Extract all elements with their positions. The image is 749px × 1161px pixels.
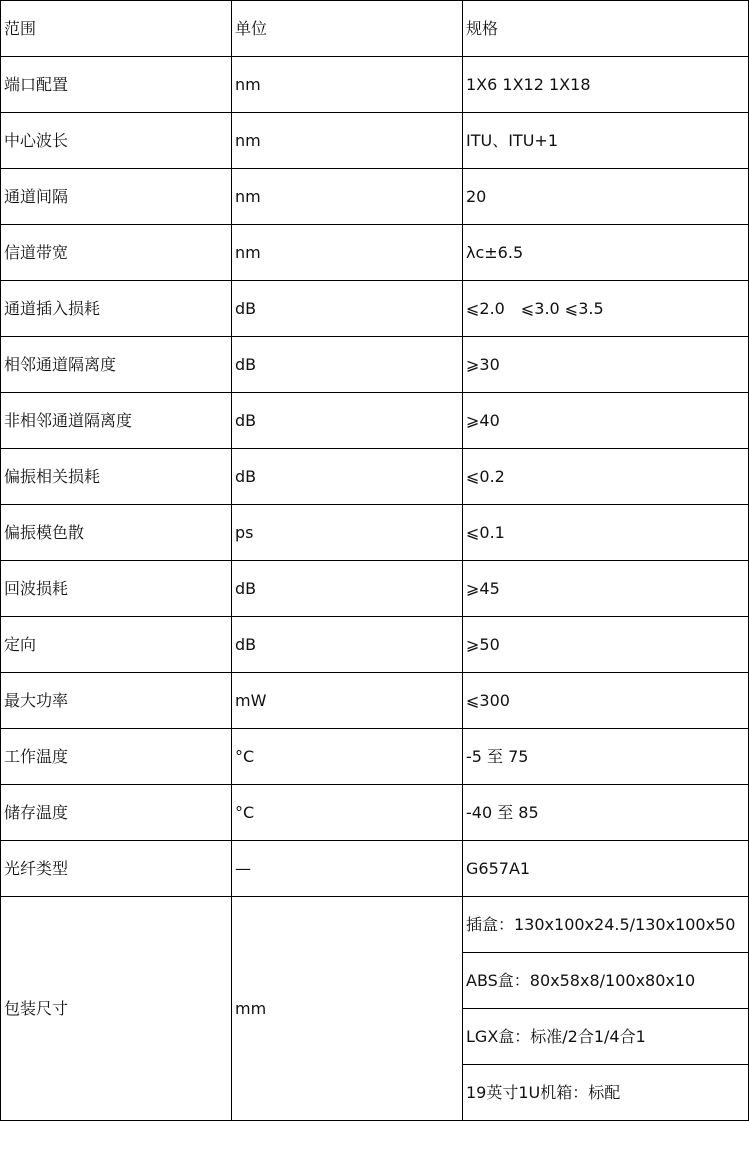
param-cell: 通道插入损耗 — [1, 281, 232, 337]
table-row: 通道插入损耗 dB ⩽2.0 ⩽3.0 ⩽3.5 — [1, 281, 749, 337]
param-cell: 信道带宽 — [1, 225, 232, 281]
table-row: 通道间隔 nm 20 — [1, 169, 749, 225]
unit-cell: dB — [232, 617, 463, 673]
param-cell: 通道间隔 — [1, 169, 232, 225]
param-cell: 储存温度 — [1, 785, 232, 841]
spec-cell: 20 — [463, 169, 749, 225]
spec-cell: -40 至 85 — [463, 785, 749, 841]
param-cell: 定向 — [1, 617, 232, 673]
unit-cell: dB — [232, 561, 463, 617]
unit-cell: nm — [232, 169, 463, 225]
param-cell: 光纤类型 — [1, 841, 232, 897]
packaging-row: 包装尺寸 mm 插盒：130x100x24.5/130x100x50 — [1, 897, 749, 953]
table-row: 储存温度 °C -40 至 85 — [1, 785, 749, 841]
unit-cell: ps — [232, 505, 463, 561]
unit-cell: dB — [232, 281, 463, 337]
param-cell: 端口配置 — [1, 57, 232, 113]
table-row: 偏振模色散 ps ⩽0.1 — [1, 505, 749, 561]
table-row: 工作温度 °C -5 至 75 — [1, 729, 749, 785]
param-cell: 非相邻通道隔离度 — [1, 393, 232, 449]
unit-cell: °C — [232, 729, 463, 785]
spec-cell: ⩽2.0 ⩽3.0 ⩽3.5 — [463, 281, 749, 337]
packaging-spec-abs-box: ABS盒：80x58x8/100x80x10 — [463, 953, 749, 1009]
spec-cell: ⩾40 — [463, 393, 749, 449]
unit-cell: nm — [232, 113, 463, 169]
table-row: 端口配置 nm 1X6 1X12 1X18 — [1, 57, 749, 113]
packaging-param-cell: 包装尺寸 — [1, 897, 232, 1121]
table-row: 回波损耗 dB ⩾45 — [1, 561, 749, 617]
table-row: 中心波长 nm ITU、ITU+1 — [1, 113, 749, 169]
spec-cell: ⩾45 — [463, 561, 749, 617]
spec-table: 范围 单位 规格 端口配置 nm 1X6 1X12 1X18 中心波长 nm I… — [0, 0, 749, 1121]
table-row: 偏振相关损耗 dB ⩽0.2 — [1, 449, 749, 505]
param-cell: 工作温度 — [1, 729, 232, 785]
table-row: 光纤类型 — G657A1 — [1, 841, 749, 897]
spec-cell: ⩾50 — [463, 617, 749, 673]
table-row: 相邻通道隔离度 dB ⩾30 — [1, 337, 749, 393]
table-row: 非相邻通道隔离度 dB ⩾40 — [1, 393, 749, 449]
header-param: 范围 — [1, 1, 232, 57]
param-cell: 偏振相关损耗 — [1, 449, 232, 505]
unit-cell: dB — [232, 393, 463, 449]
table-row: 最大功率 mW ⩽300 — [1, 673, 749, 729]
unit-cell: nm — [232, 57, 463, 113]
header-spec: 规格 — [463, 1, 749, 57]
param-cell: 相邻通道隔离度 — [1, 337, 232, 393]
packaging-spec-lgx-box: LGX盒：标准/2合1/4合1 — [463, 1009, 749, 1065]
spec-cell: ⩽300 — [463, 673, 749, 729]
param-cell: 中心波长 — [1, 113, 232, 169]
spec-cell: G657A1 — [463, 841, 749, 897]
spec-cell: ITU、ITU+1 — [463, 113, 749, 169]
param-cell: 回波损耗 — [1, 561, 232, 617]
spec-cell: ⩽0.2 — [463, 449, 749, 505]
table-row: 定向 dB ⩾50 — [1, 617, 749, 673]
packaging-spec-rack-chassis: 19英寸1U机箱：标配 — [463, 1065, 749, 1121]
param-cell: 偏振模色散 — [1, 505, 232, 561]
unit-cell: mW — [232, 673, 463, 729]
param-cell: 最大功率 — [1, 673, 232, 729]
packaging-unit-cell: mm — [232, 897, 463, 1121]
spec-cell: 1X6 1X12 1X18 — [463, 57, 749, 113]
spec-cell: ⩾30 — [463, 337, 749, 393]
unit-cell: dB — [232, 337, 463, 393]
spec-cell: -5 至 75 — [463, 729, 749, 785]
table-row: 信道带宽 nm λc±6.5 — [1, 225, 749, 281]
unit-cell: nm — [232, 225, 463, 281]
header-unit: 单位 — [232, 1, 463, 57]
unit-cell: °C — [232, 785, 463, 841]
header-row: 范围 单位 规格 — [1, 1, 749, 57]
packaging-spec-insert-box: 插盒：130x100x24.5/130x100x50 — [463, 897, 749, 953]
spec-cell: ⩽0.1 — [463, 505, 749, 561]
spec-cell: λc±6.5 — [463, 225, 749, 281]
unit-cell: dB — [232, 449, 463, 505]
unit-cell: — — [232, 841, 463, 897]
